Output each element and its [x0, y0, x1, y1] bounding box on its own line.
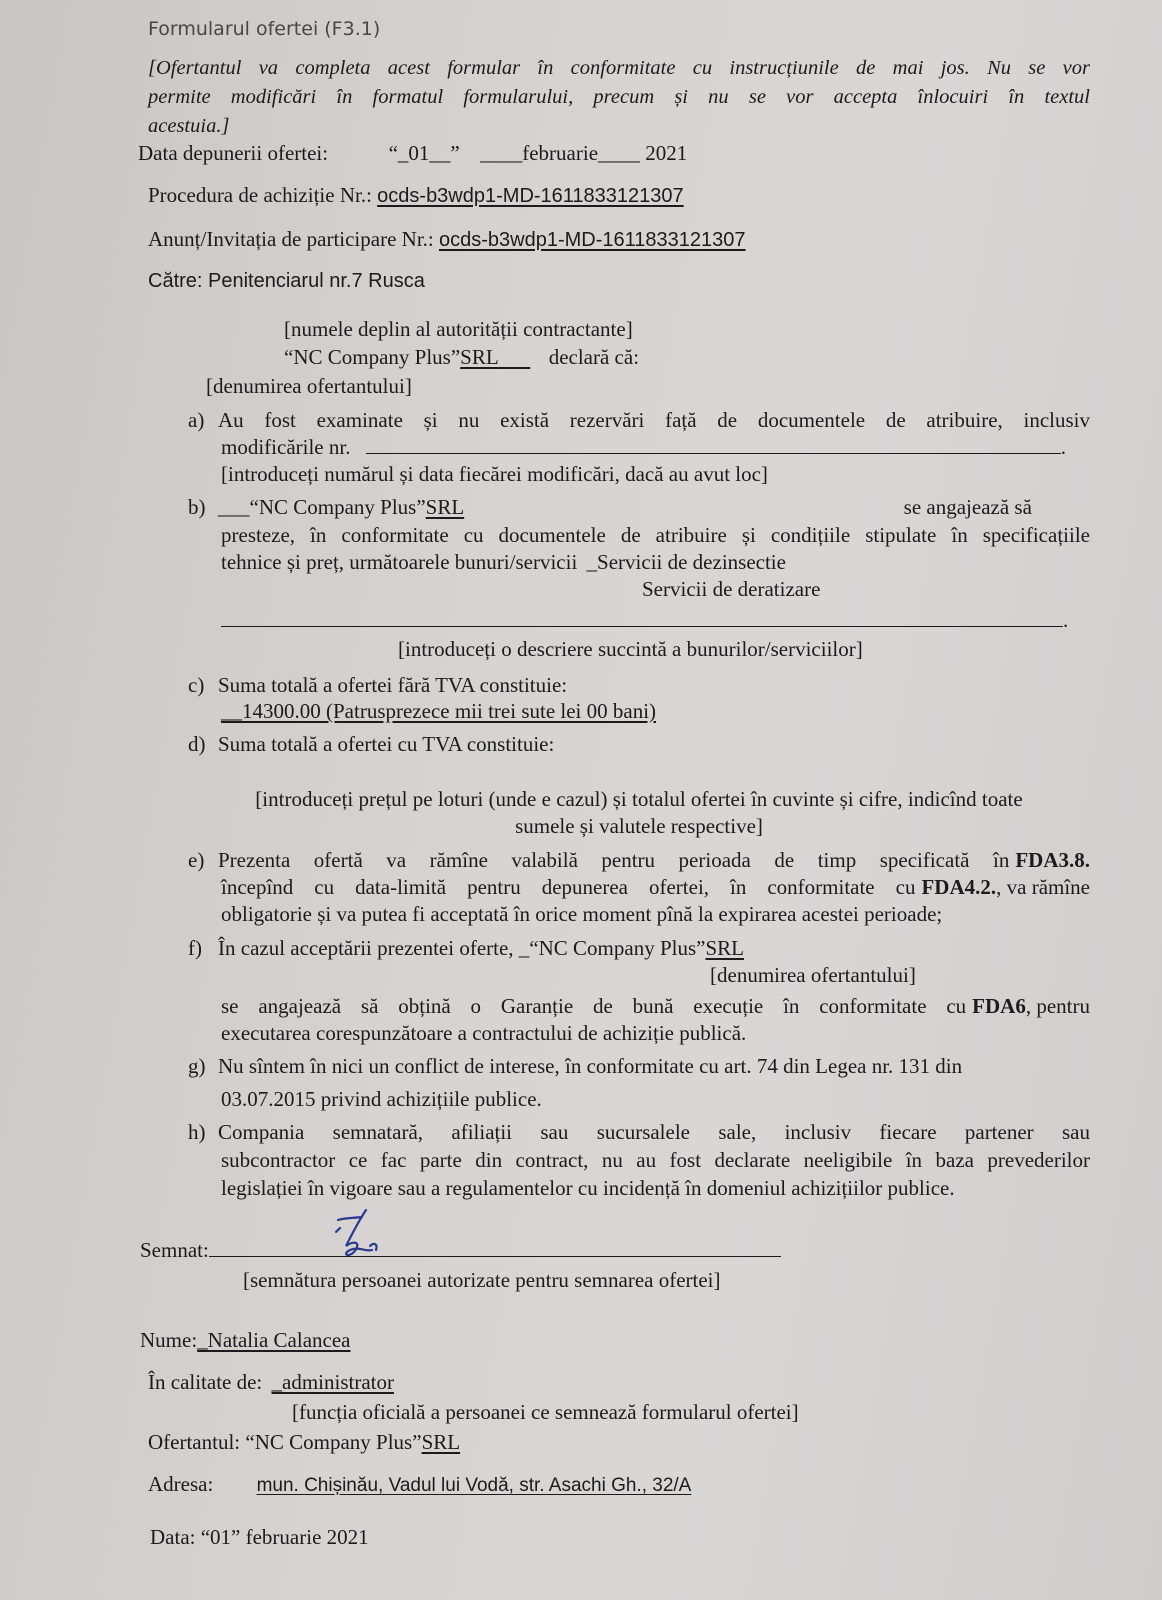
procedure-label: Procedura de achiziție Nr.: — [148, 183, 372, 207]
item-f-line-3: executarea corespunzătoare a contractulu… — [221, 1021, 1090, 1046]
item-h-line-1: Compania semnatară, afiliații sau sucurs… — [218, 1120, 1090, 1145]
item-f-line-2: se angajează să obțină o Garanție de bun… — [221, 994, 966, 1019]
announcement-label: Anunț/Invitația de participare Nr.: — [148, 227, 434, 251]
item-c-text: Suma totală a ofertei fără TVA constitui… — [218, 673, 567, 698]
item-c: c) Suma totală a ofertei fără TVA consti… — [188, 673, 656, 724]
submission-date-row: Data depunerii ofertei: “_01__” ____febr… — [138, 141, 687, 166]
role-hint: [funcția oficială a persoanei ce semneaz… — [292, 1400, 799, 1425]
role-label: În calitate de: — [148, 1370, 262, 1394]
item-e: e) Prezenta ofertă va rămîne valabilă pe… — [188, 848, 1090, 927]
bidder-suffix-footer[interactable]: SRL — [422, 1430, 646, 1455]
name-label: Nume: — [140, 1328, 197, 1352]
item-b-bidder-name[interactable]: “NC Company Plus” — [250, 495, 426, 520]
item-b-line-3: tehnice și preț, următoarele bunuri/serv… — [221, 550, 577, 574]
submission-date-year[interactable]: 2021 — [645, 141, 687, 165]
fda-4-2-ref: FDA4.2. — [921, 875, 996, 900]
service-1-field[interactable]: _Servicii de dezinsectie — [587, 550, 786, 574]
authority-hint: [numele deplin al autorității contractan… — [284, 317, 633, 342]
fda-3-8-ref: FDA3.8. — [1015, 848, 1090, 873]
form-title: Formularul ofertei (F3.1) — [148, 18, 380, 40]
address-field[interactable]: mun. Chișinău, Vadul lui Vodă, str. Asac… — [223, 1475, 692, 1496]
item-f: f) În cazul acceptării prezentei oferte,… — [188, 936, 1090, 1046]
service-2-field[interactable]: Servicii de deratizare — [642, 577, 1090, 602]
item-f-line-1[interactable]: În cazul acceptării prezentei oferte, _“… — [218, 936, 705, 961]
signature-row: Semnat: — [140, 1238, 781, 1263]
procedure-number-field[interactable]: ocds-b3wdp1-MD-1611833121307 — [377, 185, 684, 207]
signature-hint: [semnătura persoanei autorizate pentru s… — [243, 1268, 721, 1293]
modifications-field[interactable] — [366, 452, 1061, 454]
fda-6-ref: FDA6 — [972, 994, 1026, 1019]
form-instructions: [Ofertantul va completa acest formular î… — [148, 54, 1090, 141]
declares-text: declară că: — [549, 345, 639, 369]
item-d-hint: [introduceți prețul pe loturi (unde e ca… — [208, 787, 1070, 839]
bidder-name-footer[interactable]: “NC Company Plus” — [245, 1430, 421, 1454]
instructions-line-3: acestuia.] — [148, 112, 1090, 141]
bidder-name[interactable]: “NC Company Plus” — [284, 345, 460, 369]
item-e-label: e) — [188, 848, 218, 873]
recipient-field[interactable]: Penitenciarul nr.7 Rusca — [208, 270, 425, 292]
signature-field[interactable] — [209, 1255, 781, 1257]
item-f-hint: [denumirea ofertantului] — [710, 963, 1090, 988]
submission-date-month[interactable]: februarie — [522, 141, 598, 165]
item-d-label: d) — [188, 732, 218, 757]
item-d-hint-line-1: [introduceți prețul pe loturi (unde e ca… — [208, 787, 1070, 812]
blank: ___ — [218, 495, 250, 520]
item-a-line-1: Au fost examinate și nu există rezervări… — [218, 408, 1090, 433]
item-b-line-2: presteze, în conformitate cu documentele… — [221, 523, 1090, 548]
item-c-label: c) — [188, 673, 218, 698]
item-h: h) Compania semnatară, afiliații sau suc… — [188, 1120, 1090, 1201]
item-f-bidder-suffix[interactable]: SRL — [705, 936, 767, 961]
instructions-line-1: [Ofertantul va completa acest formular î… — [148, 54, 1090, 83]
item-h-label: h) — [188, 1120, 218, 1145]
item-b-commit: se angajează să — [904, 495, 1032, 520]
role-field[interactable]: _administrator — [272, 1370, 644, 1395]
bidder-row: Ofertantul: “NC Company Plus”SRL — [148, 1430, 646, 1455]
handwritten-signature — [332, 1206, 392, 1262]
item-g-label: g) — [188, 1054, 218, 1079]
item-h-line-2: subcontractor ce fac parte din contract,… — [221, 1148, 1090, 1173]
item-a-line-2: modificările nr. — [221, 435, 350, 459]
item-e-line-2: începînd cu data-limită pentru depunerea… — [221, 875, 915, 900]
item-d: d) Suma totală a ofertei cu TVA constitu… — [188, 732, 554, 757]
item-d-text: Suma totală a ofertei cu TVA constituie: — [218, 732, 554, 757]
item-f-label: f) — [188, 936, 218, 961]
item-b: b) ___“NC Company Plus”SRL se angajează … — [188, 495, 1090, 662]
signed-label: Semnat: — [140, 1238, 209, 1262]
item-b-bidder-suffix[interactable]: SRL — [426, 495, 896, 520]
item-f-line-2-end: , pentru — [1026, 994, 1090, 1019]
bidder-declaration-row: “NC Company Plus”SRL declară că: — [284, 345, 639, 370]
submission-date-label: Data depunerii ofertei: — [138, 141, 328, 165]
item-e-line-2-end: , va rămîne — [996, 875, 1090, 900]
item-b-hint: [introduceți o descriere succintă a bunu… — [398, 637, 1090, 662]
services-description-field[interactable] — [221, 625, 1063, 627]
name-row: Nume:_Natalia Calancea — [140, 1328, 455, 1353]
recipient-label: Către: — [148, 270, 202, 292]
announcement-row: Anunț/Invitația de participare Nr.: ocds… — [148, 227, 746, 252]
item-d-hint-line-2: sumele și valutele respective] — [208, 814, 1070, 839]
item-g-line-1: Nu sîntem în nici un conflict de interes… — [218, 1054, 962, 1079]
role-row: În calitate de: _administrator — [148, 1370, 644, 1395]
address-label: Adresa: — [148, 1472, 213, 1496]
signature-icon — [332, 1206, 392, 1262]
item-a-hint: [introduceți numărul și data fiecărei mo… — [221, 462, 1090, 487]
item-e-line-1: Prezenta ofertă va rămîne valabilă pentr… — [218, 848, 1009, 873]
item-g: g) Nu sîntem în nici un conflict de inte… — [188, 1054, 1090, 1112]
item-a-label: a) — [188, 408, 218, 433]
bidder-suffix[interactable]: SRL — [460, 345, 530, 369]
date-blank: ____ — [598, 141, 640, 165]
item-g-line-2: 03.07.2015 privind achizițiile publice. — [221, 1087, 1090, 1112]
recipient-row: Către: Penitenciarul nr.7 Rusca — [148, 270, 425, 293]
item-h-line-3: legislației în vigoare sau a regulamente… — [221, 1176, 1090, 1201]
item-b-label: b) — [188, 495, 218, 520]
date-blank: ____ — [480, 141, 522, 165]
address-row: Adresa: mun. Chișinău, Vadul lui Vodă, s… — [148, 1472, 691, 1497]
submission-date-day[interactable]: “_01__” — [389, 141, 460, 165]
procedure-row: Procedura de achiziție Nr.: ocds-b3wdp1-… — [148, 183, 684, 208]
announcement-number-field[interactable]: ocds-b3wdp1-MD-1611833121307 — [439, 229, 746, 251]
item-a: a) Au fost examinate și nu există rezerv… — [188, 408, 1090, 487]
item-e-line-3: obligatorie și va putea fi acceptată în … — [221, 902, 1090, 927]
bidder-label: Ofertantul: — [148, 1430, 240, 1454]
name-field[interactable]: _Natalia Calancea — [197, 1328, 455, 1353]
footer-date: Data: “01” februarie 2021 — [150, 1525, 369, 1550]
total-without-vat-field[interactable]: __14300.00 (Patrusprezece mii trei sute … — [221, 699, 656, 724]
bidder-hint: [denumirea ofertantului] — [206, 374, 412, 399]
instructions-line-2: permite modificări în formatul formularu… — [148, 83, 1090, 112]
